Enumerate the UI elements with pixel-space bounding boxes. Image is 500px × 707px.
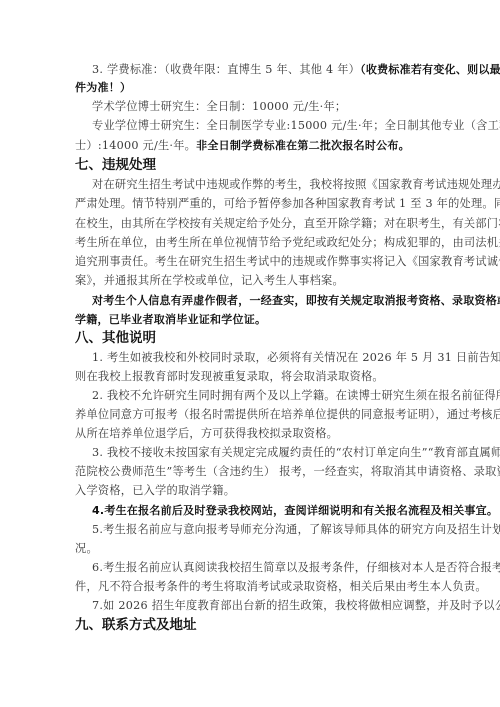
fee-note-end: 件为准！） [75, 81, 131, 94]
violation-para-line: 对在研究生招生考试中违规或作弊的考生，我校将按照《国家教育考试违规处理办法》 [92, 178, 427, 192]
violation-para-line: 严肃处理。情节特别严重的，可给予暂停参加各种国家教育考试 1 至 3 年的处理。… [75, 197, 427, 211]
fee-standard-note-cont: 件为准！） [75, 81, 427, 95]
note-item-5-cont: 况。 [75, 542, 427, 556]
falsification-para-line: 学籍，已毕业者取消毕业证和学位证。 [75, 313, 427, 327]
document-page: 3. 学费标准：（收费年限：直博生 5 年、其他 4 年）（收费标准若有变化、则… [0, 0, 500, 707]
note-item-2: 2. 我校不允许研究生同时拥有两个及以上学籍。在读博士研究生须在报名前征得所在培 [92, 389, 427, 403]
violation-para-line: 案》，并通报其所在学校或单位，记入考生人事档案。 [75, 274, 427, 288]
section-heading-violations: 七、违规处理 [75, 157, 156, 173]
note-item-5: 5.考生报名前应与意向报考导师充分沟通，了解该导师具体的研究方向及招生计划等情 [92, 523, 427, 537]
note-item-3-cont: 范院校公费师范生”等考生（含违约生） 报考，一经查实，将取消其申请资格、录取资格… [75, 465, 427, 479]
fee-standard-text: 3. 学费标准：（收费年限：直博生 5 年、其他 4 年） [92, 63, 360, 76]
note-item-2-cont: 养单位同意方可报考（报名时需提供所在培养单位提供的同意报考证明），通过考核后，须 [75, 408, 427, 422]
note-item-6-cont: 件，凡不符合报考条件的考生将取消考试或录取资格，相关后果由考生本人负责。 [75, 580, 427, 594]
violation-para-line: 在校生，由其所在学校按有关规定给予处分，直至开除学籍；对在职考生，有关部门将通知 [75, 217, 427, 231]
fee-standard-note: （收费标准若有变化、则以最新文 [360, 63, 500, 76]
professional-fee: 专业学位博士研究生：全日制医学专业:15000 元/生·年；全日制其他专业（含工… [92, 119, 427, 133]
professional-fee-text: 士）:14000 元/生·年。 [75, 139, 196, 152]
part-time-fee-note: 非全日制学费标准在第二批次报名时公布。 [196, 139, 410, 152]
falsification-para-line: 对考生个人信息有弄虚作假者，一经查实，即按有关规定取消报考资格、录取资格或 [92, 294, 427, 308]
section-heading-contact: 九、联系方式及地址 [75, 617, 197, 633]
note-item-4: 4.考生在报名前后及时登录我校网站，查阅详细说明和有关报名流程及相关事宜。 [92, 504, 427, 518]
note-item-1: 1. 考生如被我校和外校同时录取，必须将有关情况在 2026 年 5 月 31 … [92, 351, 427, 365]
professional-fee-cont: 士）:14000 元/生·年。非全日制学费标准在第二批次报名时公布。 [75, 139, 427, 153]
violation-para-line: 考生所在单位，由考生所在单位视情节给予党纪或政纪处分；构成犯罪的，由司法机关依法 [75, 236, 427, 250]
note-item-6: 6.考生报名前应认真阅读我校招生简章以及报考条件，仔细核对本人是否符合报考条 [92, 561, 427, 575]
note-item-2-cont: 从所在培养单位退学后，方可获得我校拟录取资格。 [75, 427, 427, 441]
note-item-3: 3. 我校不接收未按国家有关规定完成履约责任的“农村订单定向生”“教育部直属师 [92, 446, 427, 460]
note-item-7: 7.如 2026 招生年度教育部出台新的招生政策，我校将做相应调整，并及时予以公… [92, 599, 427, 613]
fee-standard-line: 3. 学费标准：（收费年限：直博生 5 年、其他 4 年）（收费标准若有变化、则… [92, 63, 427, 77]
violation-para-line: 追究刑事责任。考生在研究生招生考试中的违规或作弊事实将记入《国家教育考试诚信档 [75, 255, 427, 269]
note-item-3-cont: 入学资格，已入学的取消学籍。 [75, 484, 427, 498]
academic-fee: 学术学位博士研究生：全日制：10000 元/生·年； [92, 100, 427, 114]
note-item-1-cont: 则在我校上报教育部时发现被重复录取，将会取消录取资格。 [75, 370, 427, 384]
section-heading-other-notes: 八、其他说明 [75, 330, 156, 346]
